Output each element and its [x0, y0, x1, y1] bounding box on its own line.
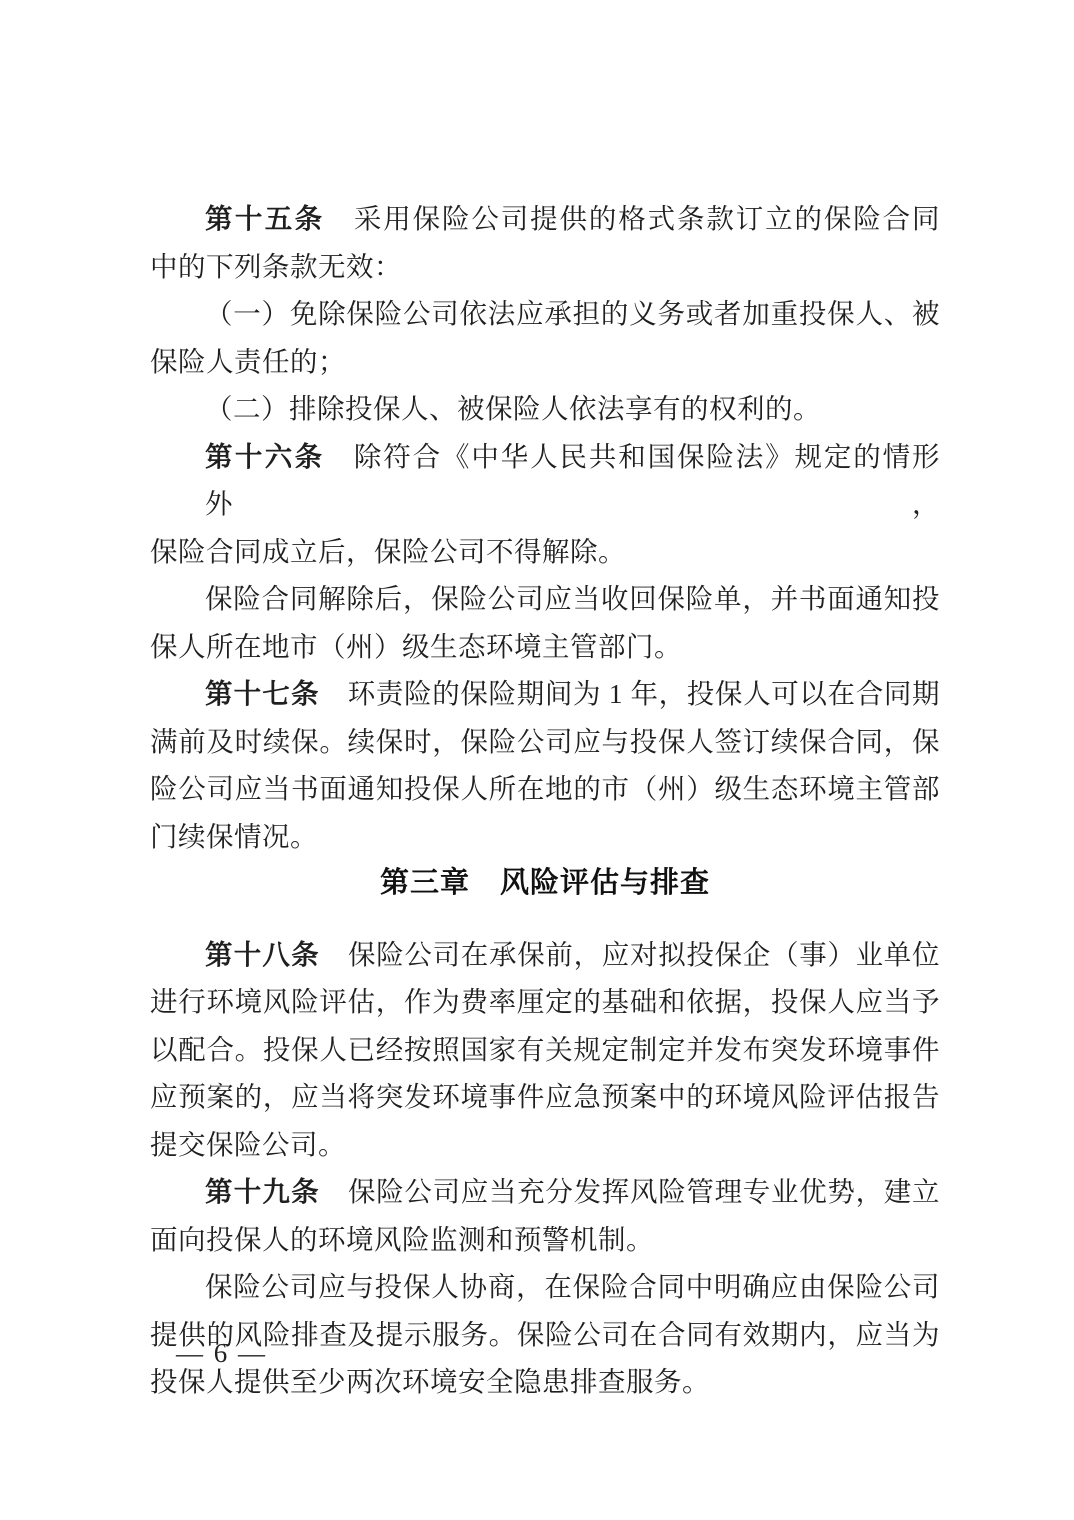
document-line: 第十七条 环责险的保险期间为 1 年，投保人可以在合同期 — [150, 670, 940, 718]
document-line: 以配合。投保人已经按照国家有关规定制定并发布突发环境事件 — [150, 1026, 940, 1074]
document-line: 第十九条 保险公司应当充分发挥风险管理专业优势，建立 — [150, 1168, 940, 1216]
document-line: 保险合同解除后，保险公司应当收回保险单，并书面通知投 — [150, 575, 940, 623]
document-line: 第十六条 除符合《中华人民共和国保险法》规定的情形外， — [150, 433, 940, 528]
article-number: 第十五条 — [205, 203, 325, 234]
document-line: 提供的风险排查及提示服务。保险公司在合同有效期内，应当为 — [150, 1311, 940, 1359]
document-line: 保人所在地市（州）级生态环境主管部门。 — [150, 623, 940, 671]
document-line: 中的下列条款无效： — [150, 243, 940, 291]
document-line: 保险公司应与投保人协商，在保险合同中明确应由保险公司 — [150, 1263, 940, 1311]
document-line: 第十五条 采用保险公司提供的格式条款订立的保险合同 — [150, 195, 940, 243]
chapter-heading: 第三章 风险评估与排查 — [150, 860, 940, 908]
document-line: （二）排除投保人、被保险人依法享有的权利的。 — [150, 385, 940, 433]
document-line: 保险合同成立后，保险公司不得解除。 — [150, 528, 940, 576]
document-line: 险公司应当书面通知投保人所在地的市（州）级生态环境主管部 — [150, 765, 940, 813]
document-line: 门续保情况。 — [150, 813, 940, 861]
document-line: 第十八条 保险公司在承保前，应对拟投保企（事）业单位 — [150, 931, 940, 979]
document-line: 进行环境风险评估，作为费率厘定的基础和依据，投保人应当予 — [150, 978, 940, 1026]
document-page: 第十五条 采用保险公司提供的格式条款订立的保险合同中的下列条款无效：（一）免除保… — [0, 0, 1074, 1520]
document-line: 应预案的，应当将突发环境事件应急预案中的环境风险评估报告 — [150, 1073, 940, 1121]
article-number: 第十七条 — [205, 678, 320, 709]
document-line: 保险人责任的； — [150, 338, 940, 386]
document-line: 投保人提供至少两次环境安全隐患排查服务。 — [150, 1358, 940, 1406]
document-line: （一）免除保险公司依法应承担的义务或者加重投保人、被 — [150, 290, 940, 338]
article-number: 第十九条 — [205, 1176, 320, 1207]
article-number: 第十六条 — [205, 441, 325, 472]
article-number: 第十八条 — [205, 939, 320, 970]
page-number: — 6 — — [176, 1338, 267, 1368]
document-line: 满前及时续保。续保时，保险公司应与投保人签订续保合同，保 — [150, 718, 940, 766]
document-line: 面向投保人的环境风险监测和预警机制。 — [150, 1216, 940, 1264]
document-line: 提交保险公司。 — [150, 1121, 940, 1169]
document-body: 第十五条 采用保险公司提供的格式条款订立的保险合同中的下列条款无效：（一）免除保… — [150, 195, 940, 1406]
